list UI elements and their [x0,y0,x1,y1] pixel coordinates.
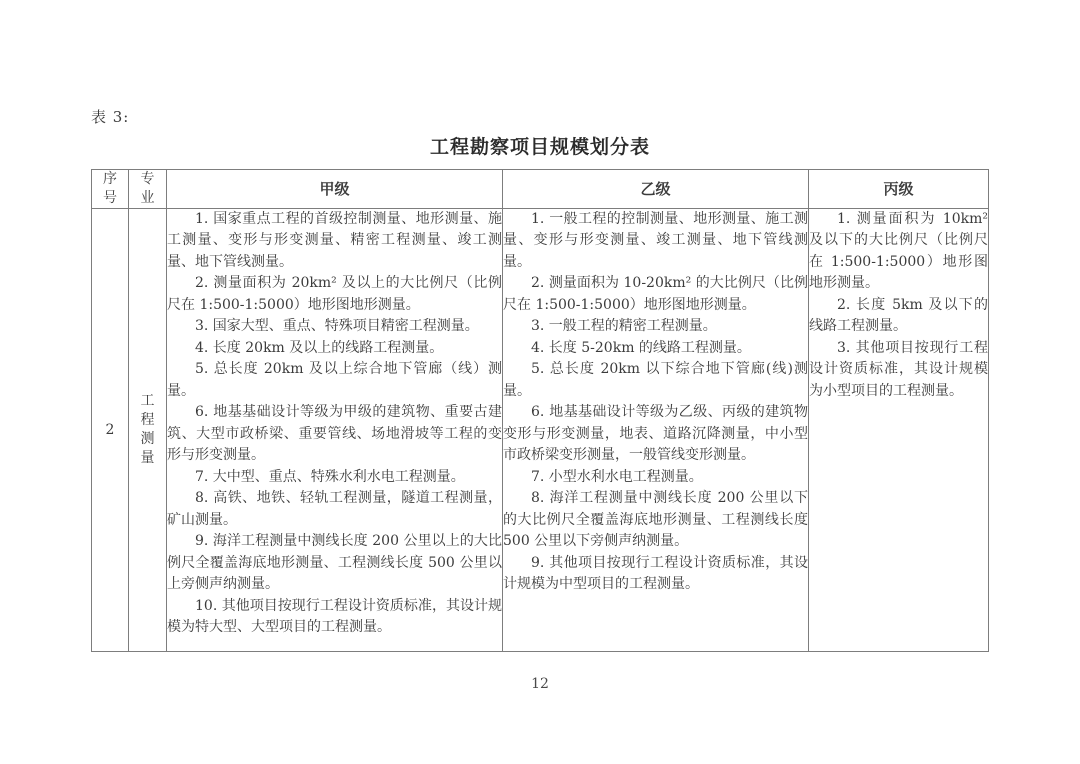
grade-b-item: 7. 小型水利水电工程测量。 [503,467,808,489]
grade-b-cell: 1. 一般工程的控制测量、地形测量、施工测量、变形与形变测量、竣工测量、地下管线… [503,208,809,651]
seq-cell: 2 [92,208,129,651]
document-page: 表 3: 工程勘察项目规模划分表 序号 专业 甲级 乙级 丙级 [0,0,1080,764]
grade-a-item: 10. 其他项目按现行工程设计资质标准，其设计规模为特大型、大型项目的工程测量。 [167,596,502,639]
col-header-seq-label: 序号 [102,170,117,208]
grade-c-item-list: 1. 测量面积为 10km² 及以下的大比例尺（比例尺在 1:500-1:500… [809,209,988,403]
grade-a-item: 8. 高铁、地铁、轻轨工程测量，隧道工程测量，矿山测量。 [167,488,502,531]
grade-table: 序号 专业 甲级 乙级 丙级 2 工程测量 1. 国家重点工程的首级控制测量、地… [91,169,989,652]
col-header-grade-c: 丙级 [809,170,989,209]
grade-b-item: 8. 海洋工程测量中测线长度 200 公里以下的大比例尺全覆盖海底地形测量、工程… [503,488,808,553]
table-header-row: 序号 专业 甲级 乙级 丙级 [92,170,989,209]
grade-b-item: 4. 长度 5-20km 的线路工程测量。 [503,338,808,360]
page-title: 工程勘察项目规模划分表 [0,132,1080,159]
grade-c-item: 1. 测量面积为 10km² 及以下的大比例尺（比例尺在 1:500-1:500… [809,209,988,295]
grade-a-cell: 1. 国家重点工程的首级控制测量、地形测量、施工测量、变形与形变测量、精密工程测… [167,208,503,651]
col-header-grade-a: 甲级 [167,170,503,209]
col-header-grade-b: 乙级 [503,170,809,209]
grade-a-item: 6. 地基基础设计等级为甲级的建筑物、重要古建筑、大型市政桥梁、重要管线、场地滑… [167,402,502,467]
grade-a-item: 9. 海洋工程测量中测线长度 200 公里以上的大比例尺全覆盖海底地形测量、工程… [167,531,502,596]
grade-b-item: 3. 一般工程的精密工程测量。 [503,316,808,338]
table-label: 表 3: [91,106,129,127]
grade-c-item: 3. 其他项目按现行工程设计资质标准，其设计规模为小型项目的工程测量。 [809,338,988,403]
grade-b-item: 6. 地基基础设计等级为乙级、丙级的建筑物变形与形变测量，地表、道路沉降测量，中… [503,402,808,467]
grade-b-item: 1. 一般工程的控制测量、地形测量、施工测量、变形与形变测量、竣工测量、地下管线… [503,209,808,274]
grade-a-item-list: 1. 国家重点工程的首级控制测量、地形测量、施工测量、变形与形变测量、精密工程测… [167,209,502,639]
page-number: 12 [0,676,1080,692]
table-row: 2 工程测量 1. 国家重点工程的首级控制测量、地形测量、施工测量、变形与形变测… [92,208,989,651]
col-header-seq: 序号 [92,170,129,209]
grade-a-item: 4. 长度 20km 及以上的线路工程测量。 [167,338,502,360]
grade-b-item-list: 1. 一般工程的控制测量、地形测量、施工测量、变形与形变测量、竣工测量、地下管线… [503,209,808,596]
grade-b-item: 9. 其他项目按现行工程设计资质标准，其设计规模为中型项目的工程测量。 [503,553,808,596]
grade-b-item: 2. 测量面积为 10-20km² 的大比例尺（比例尺在 1:500-1:500… [503,273,808,316]
grade-c-item: 2. 长度 5km 及以下的线路工程测量。 [809,295,988,338]
grade-a-item: 7. 大中型、重点、特殊水利水电工程测量。 [167,467,502,489]
specialty-label: 工程测量 [140,392,155,468]
grade-c-cell: 1. 测量面积为 10km² 及以下的大比例尺（比例尺在 1:500-1:500… [809,208,989,651]
col-header-specialty-label: 专业 [140,170,155,208]
grade-b-item: 5. 总长度 20km 以下综合地下管廊(线)测量。 [503,359,808,402]
col-header-specialty: 专业 [129,170,167,209]
grade-a-item: 3. 国家大型、重点、特殊项目精密工程测量。 [167,316,502,338]
grade-a-item: 1. 国家重点工程的首级控制测量、地形测量、施工测量、变形与形变测量、精密工程测… [167,209,502,274]
specialty-cell: 工程测量 [129,208,167,651]
grade-a-item: 5. 总长度 20km 及以上综合地下管廊（线）测量。 [167,359,502,402]
grade-a-item: 2. 测量面积为 20km² 及以上的大比例尺（比例尺在 1:500-1:500… [167,273,502,316]
